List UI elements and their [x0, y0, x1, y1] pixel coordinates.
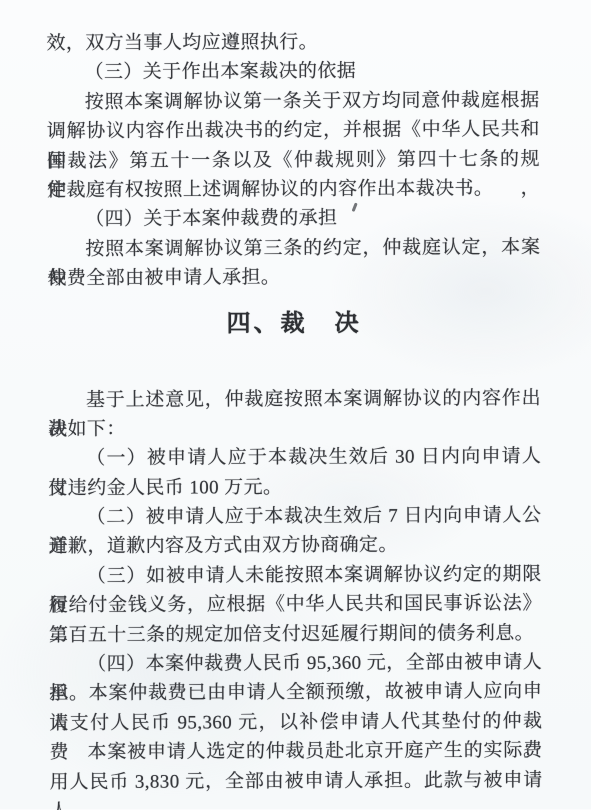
text-line: 调解协议内容作出裁决书的约定，并根据《中华人民共和国	[47, 115, 540, 147]
text-line: （二）被申请人应于本裁决生效后 7 日内向申请人公开	[48, 501, 541, 533]
text-line: 决如下：	[48, 413, 541, 445]
text-line: 本案被申请人选定的仲裁员赴北京开庭产生的实际费	[49, 736, 542, 768]
text-line: 仲裁庭有权按照上述调解协议的内容作出本裁决书。	[47, 174, 540, 206]
text-line: 用人民币 3,830 元，全部由被申请人承担。此款与被申请人	[50, 766, 543, 798]
text-line: 付违约金人民币 100 万元。	[48, 472, 541, 504]
text-line: 仲裁法》第五十一条以及《仲裁规则》第四十七条的规定，	[47, 144, 540, 176]
scanned-document-page: 效，双方当事人均应遵照执行。 （三）关于作出本案裁决的依据 按照本案调解协议第一…	[0, 0, 591, 809]
text-line: 二百五十三条的规定加倍支付迟延履行期间的债务利息。	[49, 619, 542, 651]
text-line: （一）被申请人应于本裁决生效后 30 日内向申请人支	[48, 442, 541, 474]
text-line: （四）关于本案仲裁费的承担	[47, 203, 540, 235]
text-line: 按照本案调解协议第三条的约定，仲裁庭认定，本案仲	[47, 233, 540, 265]
text-line: 效，双方当事人均应遵照执行。	[46, 27, 539, 59]
section-reasoning: 效，双方当事人均应遵照执行。 （三）关于作出本案裁决的依据 按照本案调解协议第一…	[46, 27, 540, 294]
text-line: 基于上述意见，仲裁庭按照本案调解协议的内容作出裁	[48, 383, 541, 415]
text-line: （四）本案仲裁费人民币 95,360 元，全部由被申请人承	[49, 648, 542, 680]
text-line: 按照本案调解协议第一条关于双方均同意仲裁庭根据	[47, 86, 540, 118]
text-line: 行给付金钱义务，应根据《中华人民共和国民事诉讼法》第	[49, 589, 542, 621]
text-line: （三）如被申请人未能按照本案调解协议约定的期限履	[49, 560, 542, 592]
text-line: 担。本案仲裁费已由申请人全额预缴，故被申请人应向申请	[49, 677, 542, 709]
text-line: 人支付人民币 95,360 元，以补偿申请人代其垫付的仲裁费。	[49, 707, 542, 739]
award-section-heading: 四、裁 决	[48, 305, 541, 341]
section-award: 基于上述意见，仲裁庭按照本案调解协议的内容作出裁 决如下： （一）被申请人应于本…	[48, 383, 543, 797]
text-line: 裁费全部由被申请人承担。	[47, 262, 540, 294]
text-line: 道歉，道歉内容及方式由双方协商确定。	[49, 530, 542, 562]
text-line: （三）关于作出本案裁决的依据	[46, 56, 539, 88]
